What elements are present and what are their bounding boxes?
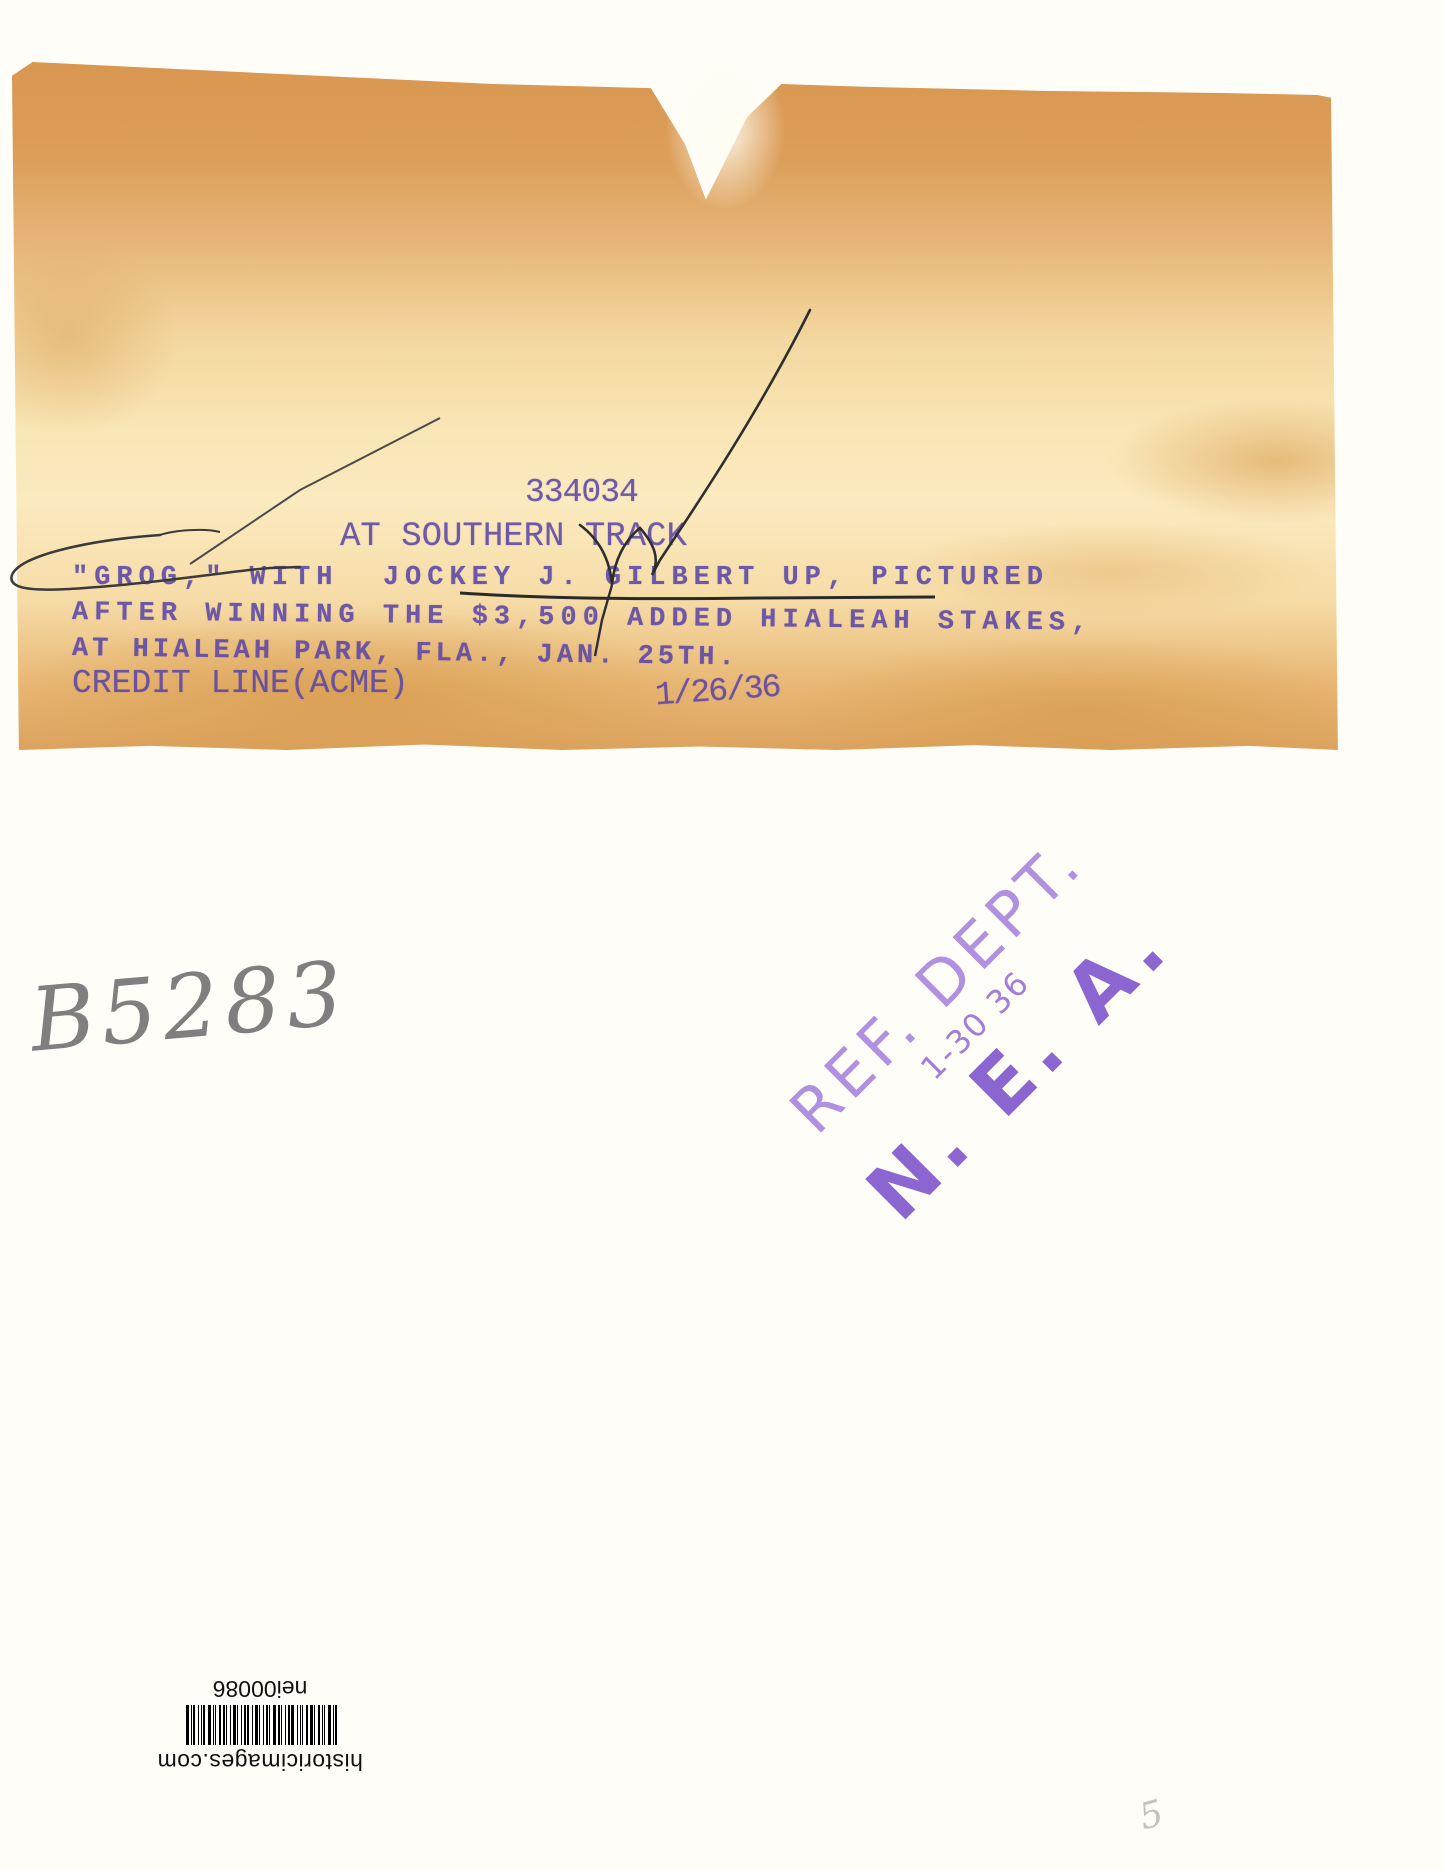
barcode-site: historicimages.com <box>135 1748 385 1775</box>
barcode-label: historicimages.com nei00086 <box>135 1675 385 1775</box>
corner-pencil-mark: 5 <box>1135 1793 1168 1839</box>
caption-line-1: "GROG," WITH JOCKEY J. GILBERT UP, PICTU… <box>72 563 1049 593</box>
photo-number: 334034 <box>525 474 638 511</box>
barcode-code: nei00086 <box>135 1675 385 1702</box>
handwritten-catalog-number: B5283 <box>26 941 352 1071</box>
credit-line: CREDIT LINE(ACME) <box>72 665 409 702</box>
caption-headline: AT SOUTHERN TRACK <box>340 518 687 556</box>
ref-dept-stamp: REF. DEPT. 1-30 36 N. E. A. <box>750 800 1231 1281</box>
torn-notch <box>640 62 810 282</box>
barcode-icon <box>135 1705 385 1745</box>
